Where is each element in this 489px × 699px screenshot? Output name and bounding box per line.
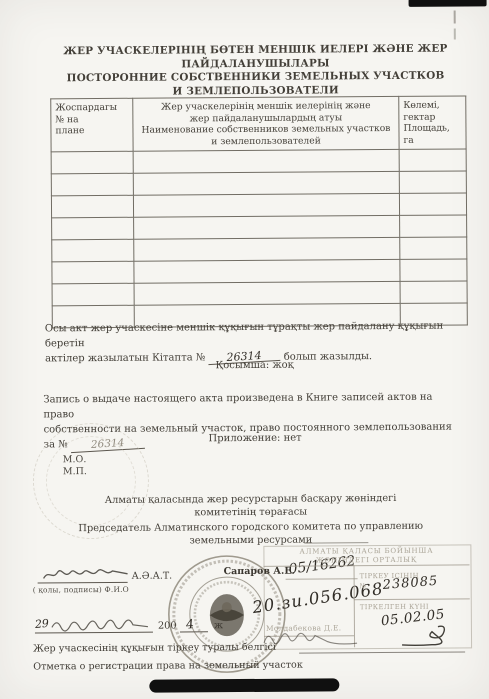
date-underline xyxy=(35,632,153,634)
year-printed: 200 xyxy=(158,620,177,631)
chairman-signature-icon xyxy=(42,565,130,584)
stamp-box-header1: АЛМАТЫ ҚАЛАСЫ БОЙЫНША xyxy=(263,546,469,555)
table-cell xyxy=(134,237,400,261)
table-cell xyxy=(134,281,400,305)
owners-table: Жоспардагы № на плане Жер учаскелерінің … xyxy=(50,95,468,328)
table-cell xyxy=(400,237,467,259)
table-cell xyxy=(400,281,467,303)
table-body xyxy=(51,149,467,328)
registry-ru-line1: Запись о выдаче настоящего акта произвед… xyxy=(43,390,455,423)
table-header-row: Жоспардагы № на плане Жер учаскелерінің … xyxy=(51,96,466,152)
scanned-land-act-page: ЖЕР УЧАСКЕЛЕРІНІҢ БӨТЕН МЕНШІК ИЕЛЕРІ ЖӘ… xyxy=(0,0,489,699)
signature-line xyxy=(38,582,128,584)
scan-mark-tick xyxy=(454,11,456,24)
table-cell xyxy=(134,215,400,239)
document-title: ЖЕР УЧАСКЕЛЕРІНІҢ БӨТЕН МЕНШІК ИЕЛЕРІ ЖӘ… xyxy=(26,42,485,99)
signature-sub-label: ( қолы, подписы) Ф.И.О xyxy=(33,585,129,595)
table-row xyxy=(51,171,466,196)
registrar-signature-icon xyxy=(400,624,464,646)
table-row xyxy=(51,149,466,174)
committee-line-kk2: комитетінің төрағасы xyxy=(21,505,480,519)
table-cell xyxy=(52,217,134,240)
table-cell xyxy=(399,171,466,193)
table-cell xyxy=(399,193,466,215)
seal-placeholder-label: М.О. М.П. xyxy=(63,454,87,478)
scan-mark-tick xyxy=(454,29,456,40)
footer-note-kk: Жер учаскесінің құқығын тіркеу туралы бе… xyxy=(33,642,276,655)
table-cell xyxy=(399,149,466,171)
committee-line-kk1: Алматы қаласында жер ресурстарын басқару… xyxy=(21,492,480,506)
col-header-area: Көлемі, гектар Площадь, га xyxy=(399,96,466,149)
registry-kk-line1: Осы акт жер учаскесіне меншік құқығын тұ… xyxy=(45,319,450,352)
table-row xyxy=(52,281,467,306)
table-cell xyxy=(133,171,399,195)
table-cell xyxy=(134,259,400,283)
table-cell xyxy=(51,195,133,218)
committee-line-ru1: Председатель Алматинского городского ком… xyxy=(21,520,480,534)
day-handwritten: 29 xyxy=(34,617,49,631)
table-cell xyxy=(51,173,133,196)
month-handwritten-scribble-icon xyxy=(50,618,150,633)
document-body: ЖЕР УЧАСКЕЛЕРІНІҢ БӨТЕН МЕНШІК ИЕЛЕРІ ЖӘ… xyxy=(0,0,489,699)
footer-note-ru: Отметка о регистрации права на земельный… xyxy=(33,660,303,673)
bottom-redaction-bar xyxy=(149,678,339,692)
title-line-kazakh: ЖЕР УЧАСКЕЛЕРІНІҢ БӨТЕН МЕНШІК ИЕЛЕРІ ЖӘ… xyxy=(26,42,485,72)
year-underline xyxy=(180,631,208,632)
table-row xyxy=(52,237,467,262)
registration-file-number-sign: № xyxy=(360,582,367,590)
table-cell xyxy=(400,215,467,237)
attachment-note-kk: Қосымша: жоқ xyxy=(25,358,484,372)
stamp-box-header2: ЖӨНІНДЕГІ ОРТАЛЫҚ xyxy=(263,555,469,564)
col-header-owner-names: Жер учаскелерінің меншік иелерінің және … xyxy=(133,96,399,151)
table-cell xyxy=(51,151,133,174)
table-cell xyxy=(400,259,467,281)
table-row xyxy=(51,193,466,218)
table-cell xyxy=(133,149,399,173)
col-header-plan-number: Жоспардагы № на плане xyxy=(51,98,133,152)
footer-underline xyxy=(299,651,465,653)
table-cell xyxy=(52,239,134,262)
table-row xyxy=(52,215,467,240)
table-cell xyxy=(52,261,134,284)
year-handwritten: 4 xyxy=(185,616,194,632)
top-right-redaction-bar xyxy=(409,0,487,7)
table-cell xyxy=(52,283,134,306)
table-row xyxy=(52,259,467,284)
table-cell xyxy=(133,193,399,217)
year-suffix: ж xyxy=(214,620,223,631)
